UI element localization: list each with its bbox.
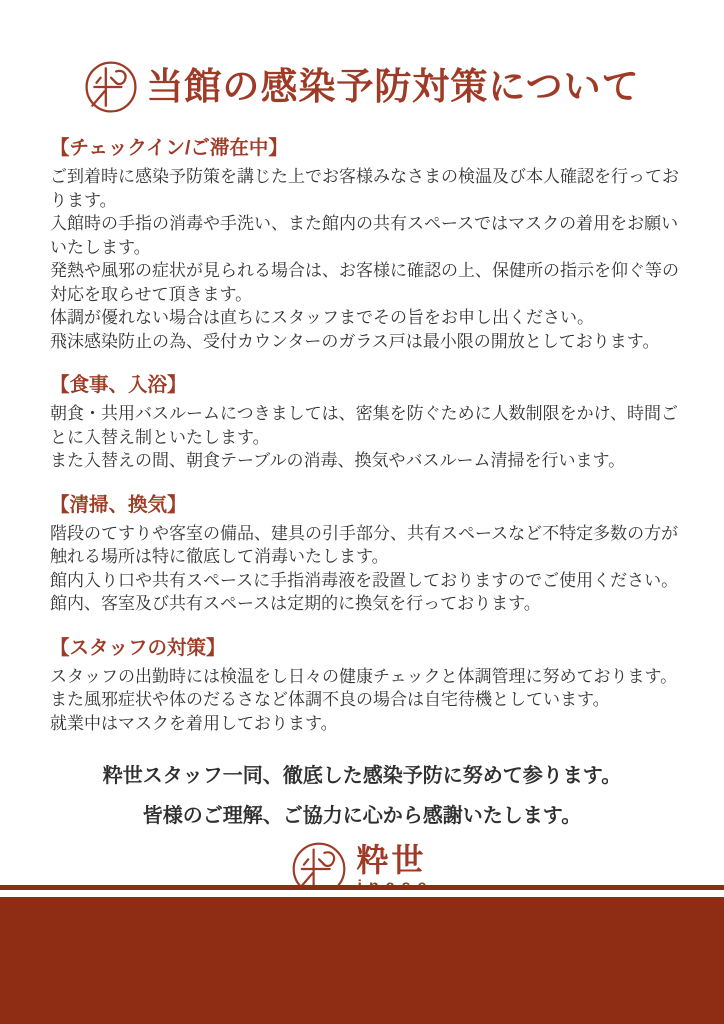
paragraph: ご到着時に感染予防策を講じた上でお客様みなさまの検温及び本人確認を行っております… — [50, 165, 688, 212]
paragraph: 階段のてすりや客室の備品、建具の引手部分、共有スペースなど不特定多数の方が触れる… — [50, 522, 688, 569]
section-title: 【チェックイン/ご滞在中】 — [50, 136, 688, 160]
paragraph: また入替えの間、朝食テーブルの消毒、換気やバスルーム清掃を行います。 — [50, 449, 688, 473]
footer — [0, 885, 724, 1024]
paragraph: 館内、客室及び共有スペースは定期的に換気を行っております。 — [50, 592, 688, 616]
paragraph: 体調が優れない場合は直ちにスタッフまでその旨をお申し出ください。 — [50, 306, 688, 330]
section-cleaning-ventilation: 【清掃、換気】 階段のてすりや客室の備品、建具の引手部分、共有スペースなど不特定… — [50, 493, 688, 616]
inase-crest-icon — [84, 60, 138, 114]
section-title: 【清掃、換気】 — [50, 493, 688, 517]
paragraph: スタッフの出勤時には検温をし日々の健康チェックと体調管理に努めております。 — [50, 665, 688, 689]
section-title: 【食事、入浴】 — [50, 373, 688, 397]
notice-page: 当館の感染予防対策について 【チェックイン/ご滞在中】 ご到着時に感染予防策を講… — [0, 0, 724, 1024]
paragraph: 就業中はマスクを着用しております。 — [50, 712, 688, 736]
notice-content: 【チェックイン/ご滞在中】 ご到着時に感染予防策を講じた上でお客様みなさまの検温… — [50, 136, 688, 735]
footer-color-band — [0, 897, 724, 1024]
section-title: 【スタッフの対策】 — [50, 636, 688, 660]
logo-kanji: 粋世 — [357, 844, 427, 876]
page-header: 当館の感染予防対策について — [0, 0, 724, 114]
section-checkin-stay: 【チェックイン/ご滞在中】 ご到着時に感染予防策を講じた上でお客様みなさまの検温… — [50, 136, 688, 353]
paragraph: 入館時の手指の消毒や手洗い、また館内の共有スペースではマスクの着用をお願いいたし… — [50, 212, 688, 259]
closing-line: 粋世スタッフ一同、徹底した感染予防に努めて参ります。 — [0, 761, 724, 791]
paragraph: また風邪症状や体のだるさなど体調不良の場合は自宅待機としています。 — [50, 688, 688, 712]
page-title: 当館の感染予防対策について — [146, 65, 639, 109]
closing-line: 皆様のご理解、ご協力に心から感謝いたします。 — [0, 801, 724, 831]
paragraph: 飛沫感染防止の為、受付カウンターのガラス戸は最小限の開放としております。 — [50, 330, 688, 354]
paragraph: 朝食・共用バスルームにつきましては、密集を防ぐために人数制限をかけ、時間ごとに入… — [50, 402, 688, 449]
paragraph: 発熱や風邪の症状が見られる場合は、お客様に確認の上、保健所の指示を仰ぐ等の対応を… — [50, 259, 688, 306]
closing-message: 粋世スタッフ一同、徹底した感染予防に努めて参ります。 皆様のご理解、ご協力に心か… — [0, 761, 724, 831]
paragraph: 館内入り口や共有スペースに手指消毒液を設置しておりますのでご使用ください。 — [50, 569, 688, 593]
section-meals-bath: 【食事、入浴】 朝食・共用バスルームにつきましては、密集を防ぐために人数制限をか… — [50, 373, 688, 473]
footer-gap — [0, 890, 724, 897]
section-staff-measures: 【スタッフの対策】 スタッフの出勤時には検温をし日々の健康チェックと体調管理に努… — [50, 636, 688, 736]
